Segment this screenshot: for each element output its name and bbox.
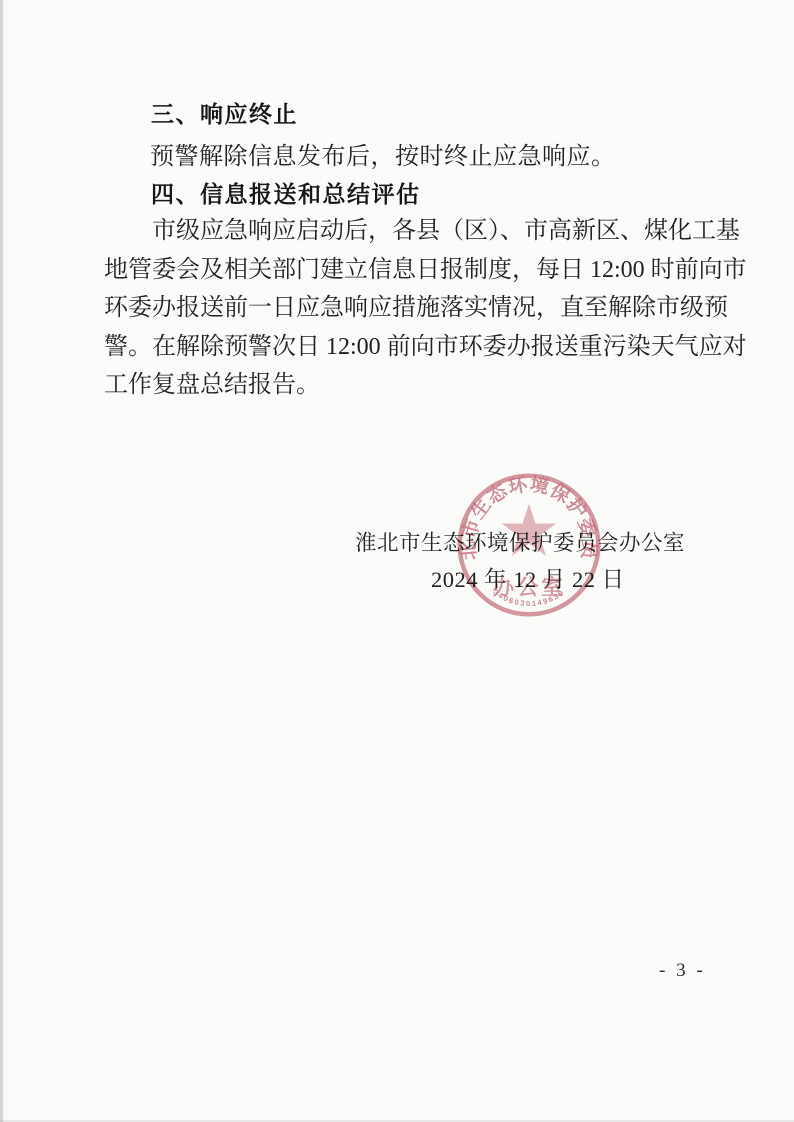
paragraph-line: 工作复盘总结报告。 [104,366,712,405]
section-heading-response-termination: 三、响应终止 [151,96,298,129]
paragraph-line: 地管委会及相关部门建立信息日报制度，每日 12:00 时前向市 [104,251,712,290]
section-heading-reporting-evaluation: 四、信息报送和总结评估 [151,176,421,209]
issuer-signature: 淮北市生态环境保护委员会办公室 [355,526,685,557]
paragraph-line: 环委办报送前一日应急响应措施落实情况，直至解除市级预 [104,289,712,328]
section4-paragraph: 市级应急响应启动后，各县（区）、市高新区、煤化工基 地管委会及相关部门建立信息日… [104,212,712,405]
paragraph-line: 市级应急响应启动后，各县（区）、市高新区、煤化工基 [104,212,712,251]
issue-date: 2024 年 12 月 22 日 [431,562,625,594]
page-number: - 3 - [659,960,706,982]
document-page: 三、响应终止 预警解除信息发布后，按时终止应急响应。 四、信息报送和总结评估 市… [0,0,794,1122]
paragraph-line: 警。在解除预警次日 12:00 前向市环委办报送重污染天气应对 [104,328,712,367]
section3-paragraph: 预警解除信息发布后，按时终止应急响应。 [150,136,616,171]
